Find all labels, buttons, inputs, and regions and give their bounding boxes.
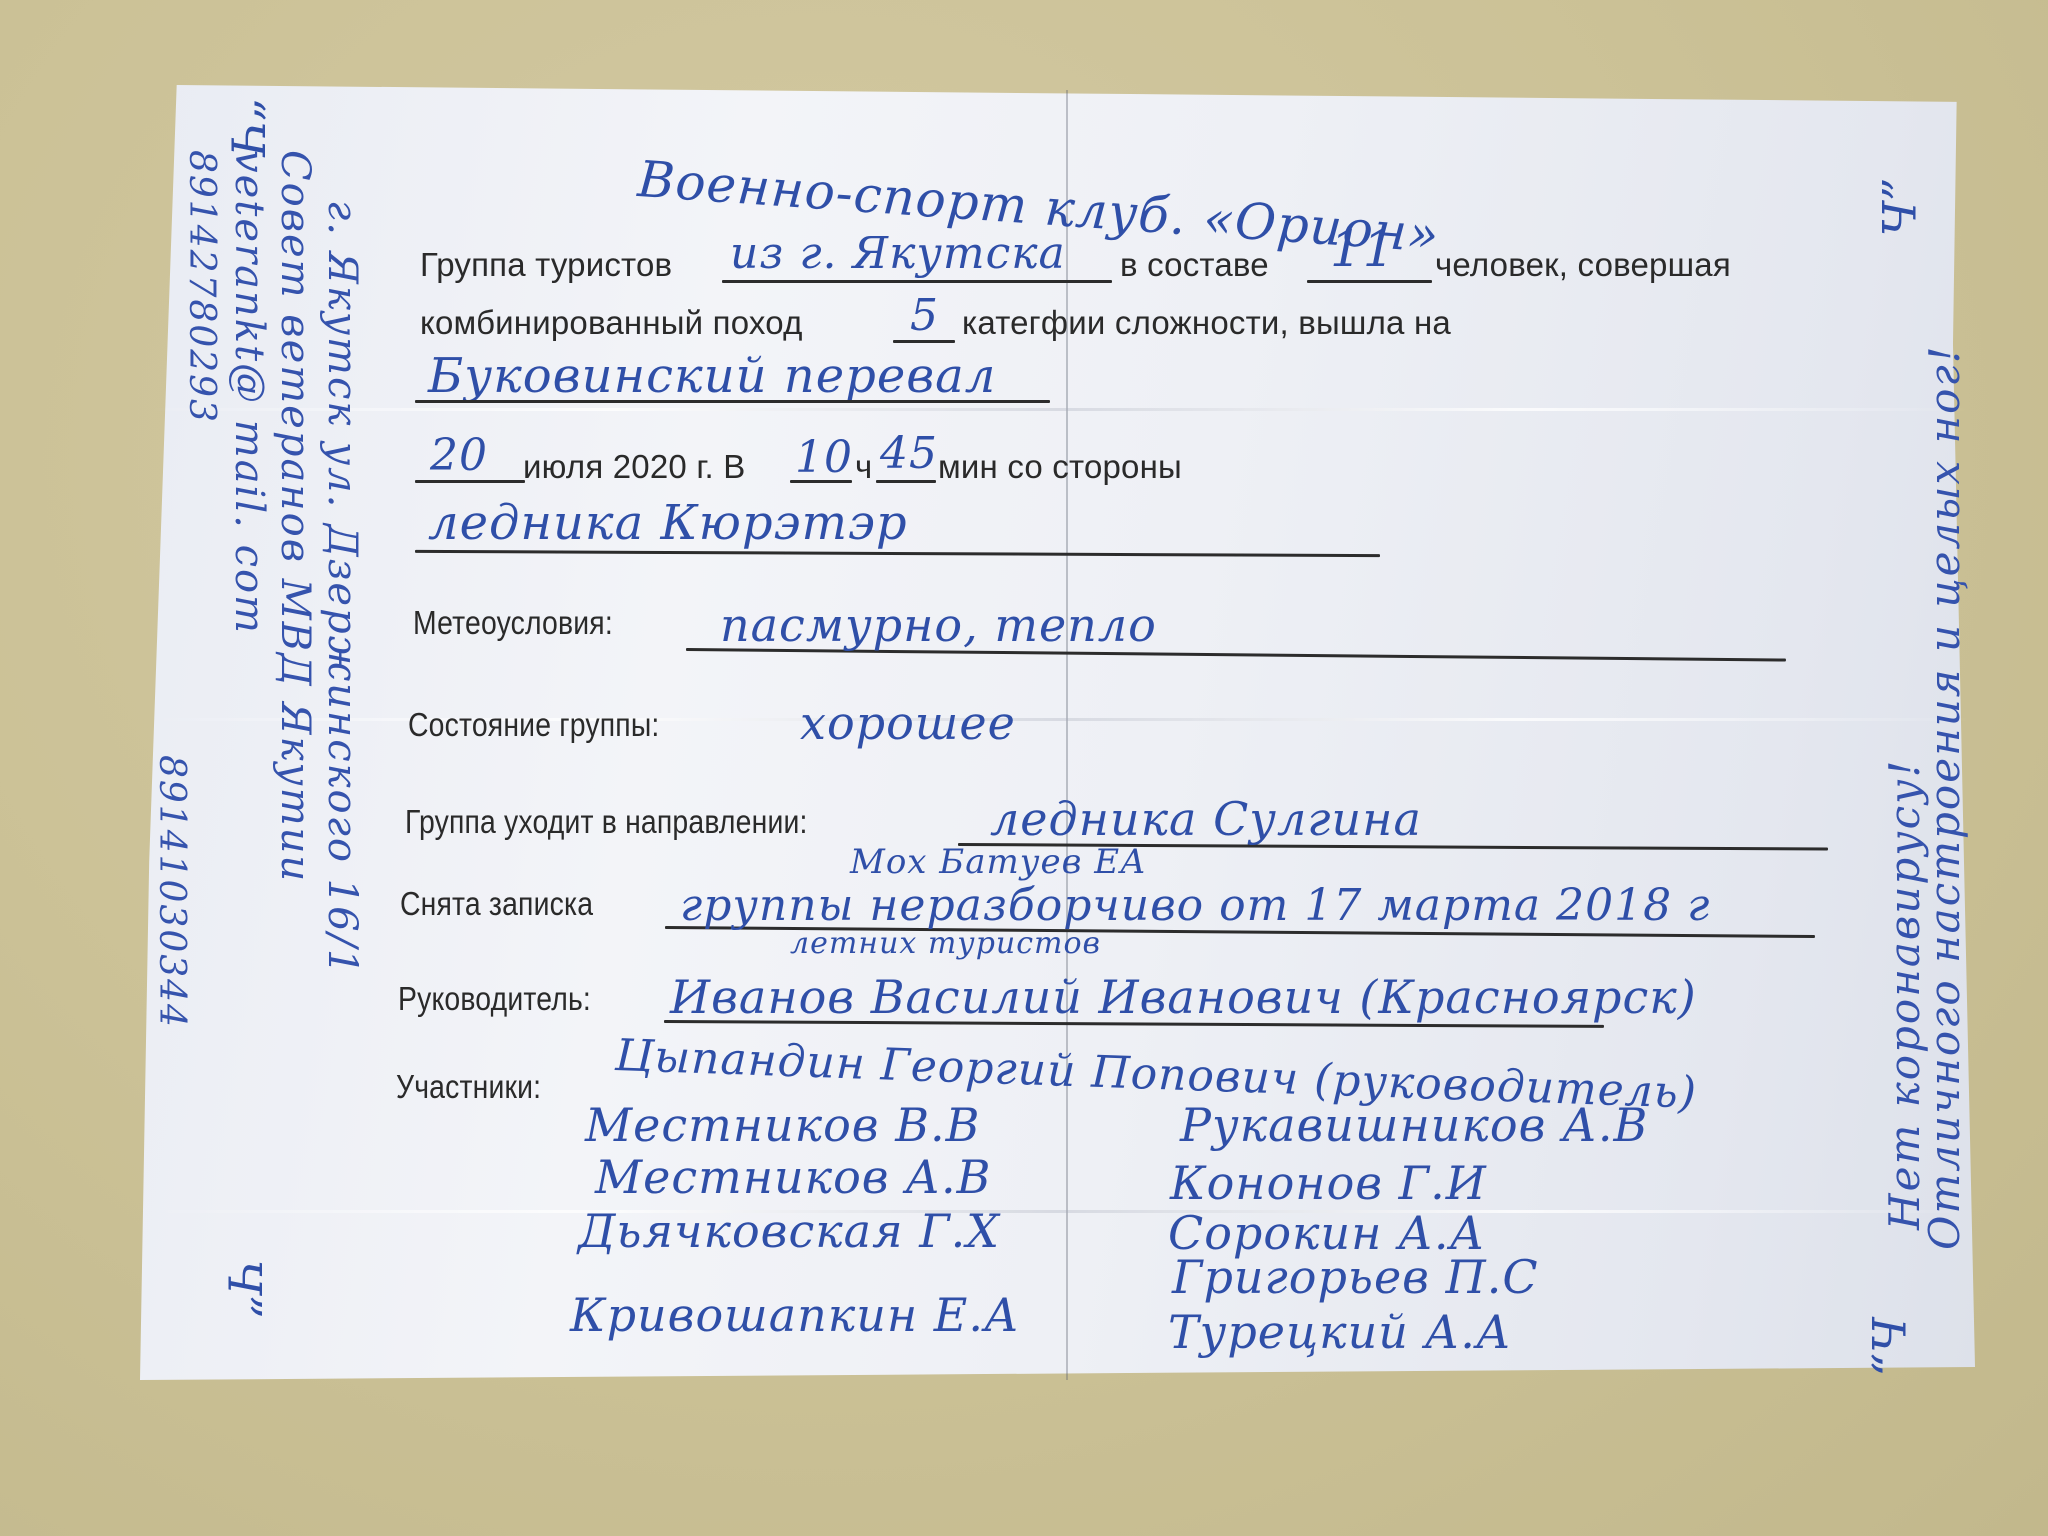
value-direction: ледника Сулгина	[990, 792, 1422, 846]
label-composition: в составе	[1120, 246, 1269, 284]
underline	[1307, 280, 1432, 283]
participant-left-2: Местников А.В	[595, 1150, 991, 1204]
value-leader: Иванов Василий Иванович (Красноярск)	[670, 970, 1697, 1024]
value-weather: пасмурно, тепло	[720, 598, 1157, 652]
value-note-removed: группы неразборчиво от 17 марта 2018 г	[680, 880, 1710, 931]
photo: Военно-спорт клуб. «Орион» Группа турист…	[0, 0, 2048, 1536]
underline	[415, 400, 1050, 403]
underline	[876, 480, 936, 483]
value-minutes: 45	[880, 428, 938, 479]
note-above: Мох Батуев ЕА	[850, 842, 1147, 882]
label-people: человек, совершая	[1435, 246, 1731, 284]
value-hour: 10	[795, 432, 853, 483]
note-below: летних туристов	[790, 926, 1101, 961]
margin-right-wish-2: Отличного настроения и целых ног!	[1920, 344, 1969, 1250]
value-category: 5	[910, 290, 939, 341]
participant-right-5: Турецкий А.А	[1168, 1305, 1512, 1359]
value-origin: из г. Якутска	[730, 228, 1066, 279]
participant-right-1: Рукавишников А.В	[1180, 1098, 1648, 1152]
margin-right-quote-close: Ч”	[1873, 177, 1927, 236]
label-group-state: Состояние группы:	[408, 706, 659, 744]
margin-left-phone-1: 89142780293	[181, 150, 222, 424]
label-participants: Участники:	[396, 1068, 541, 1106]
underline	[722, 280, 1112, 283]
margin-left-quote-close: Ч”	[218, 1259, 272, 1318]
value-day: 20	[430, 430, 488, 481]
fold-line-horizontal	[150, 408, 1970, 411]
margin-left-phone-2: 89141030344	[151, 755, 192, 1029]
label-weather: Метеоусловия:	[413, 604, 613, 642]
label-category: категфии сложности, вышла на	[962, 304, 1451, 342]
participant-right-2: Кононов Г.И	[1170, 1156, 1487, 1210]
label-date: июля 2020 г. В	[523, 448, 746, 486]
margin-left-address: г. Якутск ул. Дзержинского 16/1	[319, 200, 365, 976]
value-from-side: ледника Кюрэтэр	[428, 495, 908, 551]
participant-right-4: Григорьев П.С	[1172, 1250, 1539, 1304]
fold-line-horizontal	[150, 1210, 1970, 1213]
margin-left-quote-open: “Ч	[221, 97, 275, 156]
label-from-side: мин со стороны	[938, 448, 1182, 486]
value-group-state: хорошее	[800, 696, 1016, 750]
value-pass: Буковинский перевал	[428, 348, 996, 404]
participant-left-4: Кривошапкин Е.А	[570, 1288, 1020, 1342]
fold-line-vertical	[1066, 90, 1068, 1380]
label-direction: Группа уходит в направлении:	[405, 803, 808, 841]
margin-left-org: Совет ветеранов МВД Якутии	[272, 150, 318, 883]
label-hour: ч	[855, 448, 872, 486]
label-note-removed: Снята записка	[400, 885, 593, 923]
margin-right-quote-open: “Ч	[1863, 1317, 1917, 1376]
label-hike: комбинированный поход	[420, 304, 803, 342]
margin-left-email: veterankt@ mail. com	[226, 150, 272, 635]
value-count: 11	[1330, 220, 1396, 278]
label-leader: Руководитель:	[398, 980, 591, 1018]
participant-left-3: Дьячковская Г.Х	[578, 1204, 1000, 1258]
participant-left-1: Местников В.В	[585, 1098, 980, 1152]
label-group-tourists: Группа туристов	[420, 246, 672, 284]
